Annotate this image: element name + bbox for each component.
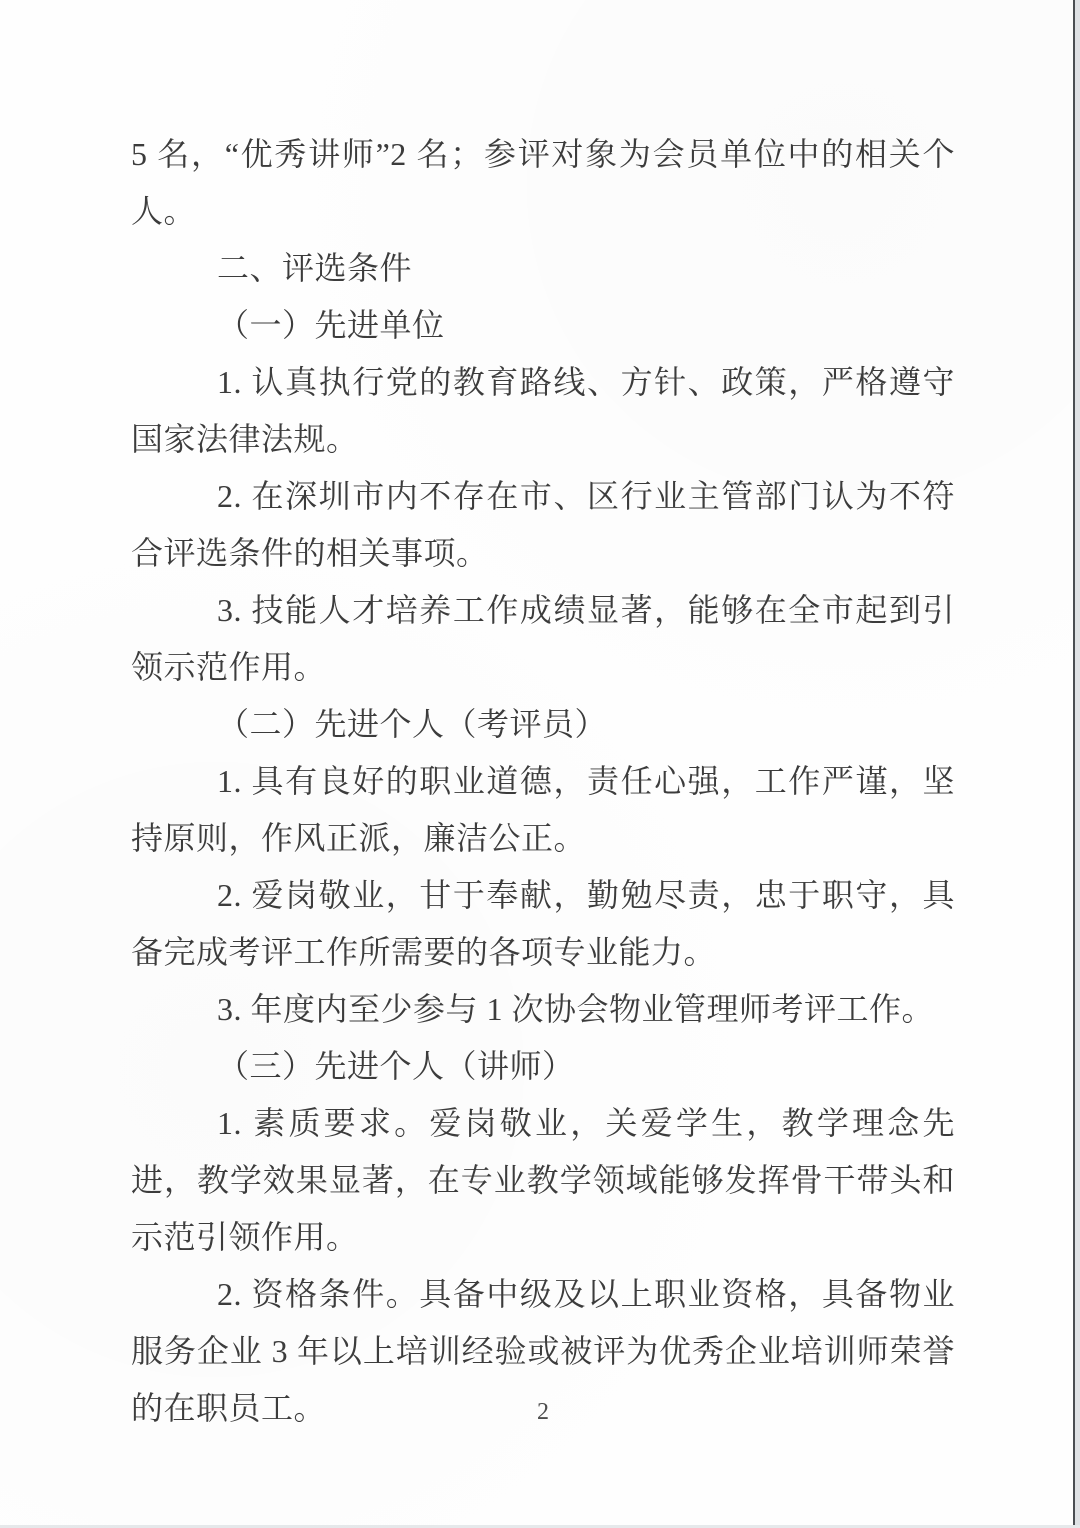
list-paragraph: 3. 年度内至少参与 1 次协会物业管理师考评工作。: [131, 981, 955, 1038]
subsection-heading: （三）先进个人（讲师）: [131, 1038, 955, 1095]
page-number: 2: [131, 1396, 955, 1428]
scan-margin-right: [1075, 0, 1080, 1528]
document-page: 5 名，“优秀讲师”2 名；参评对象为会员单位中的相关个人。二、评选条件（一）先…: [0, 0, 1080, 1528]
subsection-heading: （二）先进个人（考评员）: [131, 696, 955, 753]
list-paragraph: 2. 爱岗敬业，甘于奉献，勤勉尽责，忠于职守，具备完成考评工作所需要的各项专业能…: [131, 867, 955, 981]
list-paragraph: 3. 技能人才培养工作成绩显著，能够在全市起到引领示范作用。: [131, 582, 955, 696]
continuation-paragraph: 5 名，“优秀讲师”2 名；参评对象为会员单位中的相关个人。: [131, 126, 955, 240]
list-paragraph: 1. 素质要求。爱岗敬业，关爱学生，教学理念先进，教学效果显著，在专业教学领域能…: [131, 1095, 955, 1266]
list-paragraph: 1. 具有良好的职业道德，责任心强，工作严谨，坚持原则，作风正派，廉洁公正。: [131, 753, 955, 867]
list-paragraph: 2. 在深圳市内不存在市、区行业主管部门认为不符合评选条件的相关事项。: [131, 468, 955, 582]
document-body: 5 名，“优秀讲师”2 名；参评对象为会员单位中的相关个人。二、评选条件（一）先…: [131, 126, 955, 1437]
list-paragraph: 1. 认真执行党的教育路线、方针、政策，严格遵守国家法律法规。: [131, 354, 955, 468]
subsection-heading: （一）先进单位: [131, 297, 955, 354]
section-heading: 二、评选条件: [131, 240, 955, 297]
